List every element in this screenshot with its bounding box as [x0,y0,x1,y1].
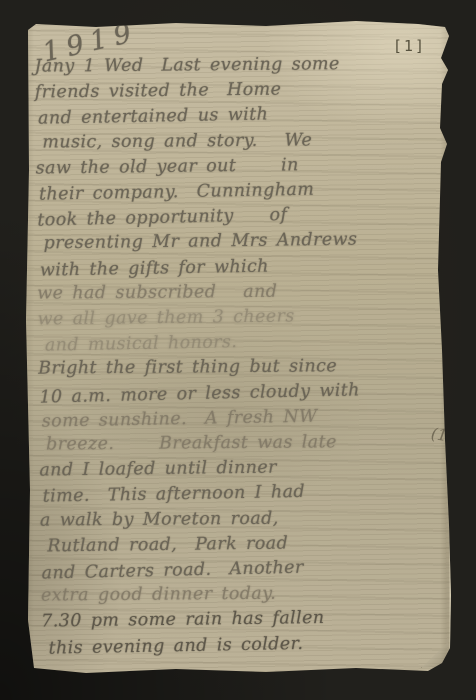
diary-line: breeze. Breakfast was late [46,429,444,457]
diary-line: we had subscribed and [37,278,442,306]
diary-line: music, song and story. We [42,127,440,155]
diary-line: a walk by Moreton road, [40,505,445,533]
diary-line: Jany 1 Wed Last evening some [34,51,439,79]
handwritten-entry: Jany 1 Wed Last evening some friends vis… [34,51,446,661]
photo-background: 1919 [1] Jany 1 Wed Last evening some fr… [0,0,476,700]
diary-line: extra good dinner today. [41,581,446,609]
margin-mark: (1 [429,424,448,445]
diary-page-scan: 1919 [1] Jany 1 Wed Last evening some fr… [26,20,452,676]
